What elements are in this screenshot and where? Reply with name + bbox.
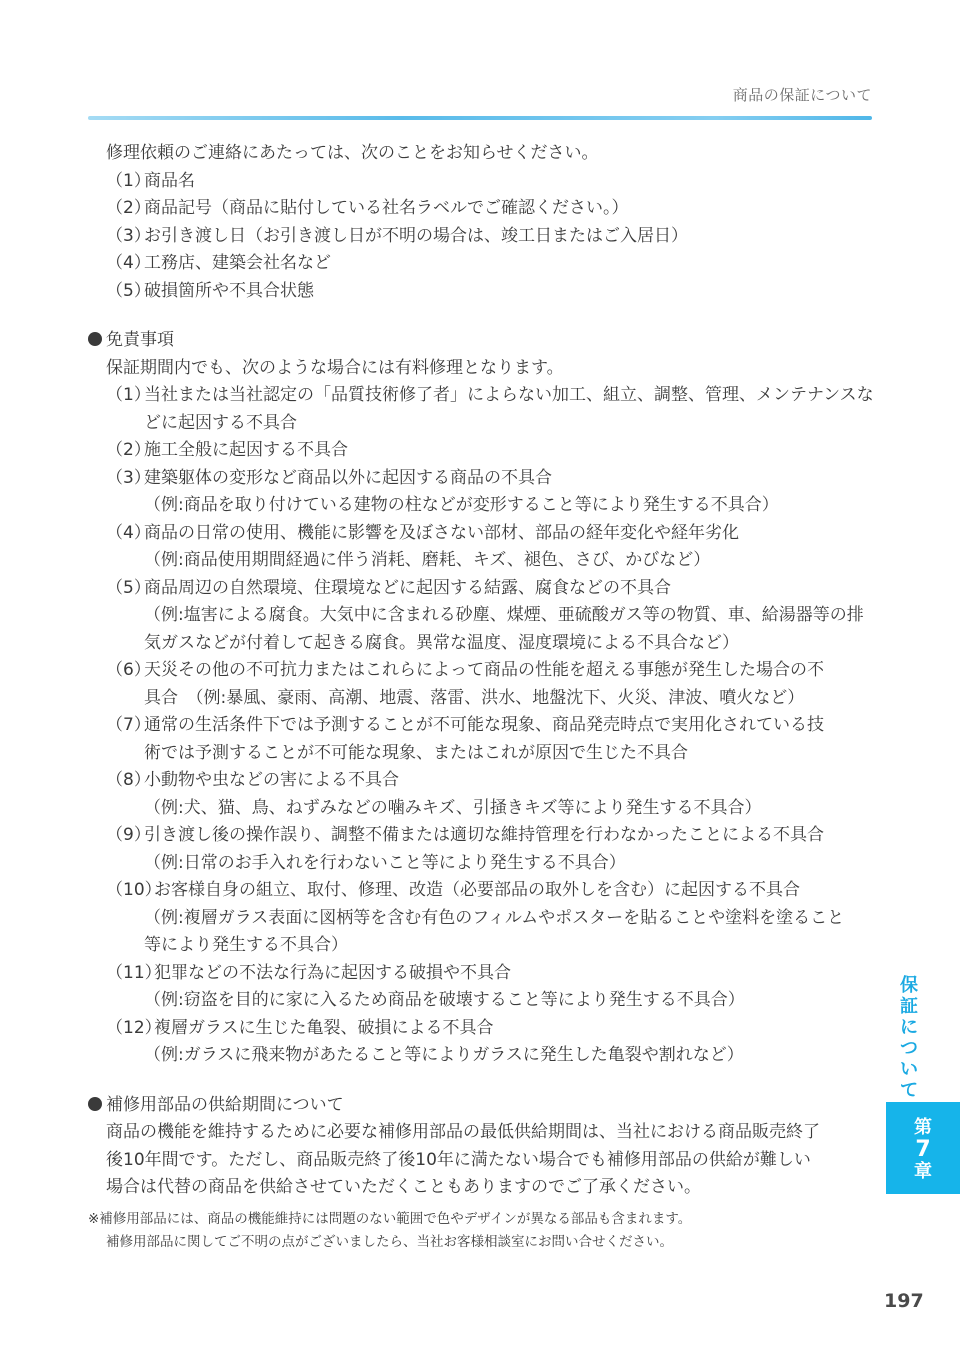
list-item: （3）お引き渡し日（お引き渡し日が不明の場合は、竣工日またはご入居日） <box>88 223 878 251</box>
page-content: 修理依頼のご連絡にあたっては、次のことをお知らせください。 （1）商品名 （2）… <box>88 140 878 1254</box>
paragraph-line: 商品の機能を維持するために必要な補修用部品の最低供給期間は、当社における商品販売… <box>88 1119 878 1147</box>
list-item: （4）工務店、建築会社名など <box>88 250 878 278</box>
repair-request-intro: 修理依頼のご連絡にあたっては、次のことをお知らせください。 <box>88 140 878 168</box>
bullet-icon <box>88 332 102 346</box>
paragraph-line: 場合は代替の商品を供給させていただくこともありますのでご了承ください。 <box>88 1174 878 1202</box>
list-item: （10）お客様自身の組立、取付、修理、改造（必要部品の取外しを含む）に起因する不… <box>88 877 878 960</box>
list-item: （5）破損箇所や不具合状態 <box>88 278 878 306</box>
parts-supply-section: 補修用部品の供給期間について 商品の機能を維持するために必要な補修用部品の最低供… <box>88 1092 878 1254</box>
list-item: （7）通常の生活条件下では予測することが不可能な現象、商品発売時点で実用化されて… <box>88 712 878 767</box>
list-item: （12）複層ガラスに生じた亀裂、破損による不具合 （例:ガラスに飛来物があたるこ… <box>88 1015 878 1070</box>
section-heading: 免責事項 <box>88 327 878 355</box>
list-item: （2）施工全般に起因する不具合 <box>88 437 878 465</box>
list-item: （8）小動物や虫などの害による不具合 （例:犬、猫、鳥、ねずみなどの噛みキズ、引… <box>88 767 878 822</box>
list-item: （9）引き渡し後の操作誤り、調整不備または適切な維持管理を行わなかったことによる… <box>88 822 878 877</box>
footnote: ※補修用部品には、商品の機能維持には問題のない範囲で色やデザインが異なる部品も含… <box>88 1208 878 1231</box>
list-item: （1）当社または当社認定の「品質技術修了者」によらない加工、組立、調整、管理、メ… <box>88 382 878 437</box>
list-item: （4）商品の日常の使用、機能に影響を及ぼさない部材、部品の経年変化や経年劣化 （… <box>88 520 878 575</box>
list-item: （2）商品記号（商品に貼付している社名ラベルでご確認ください。） <box>88 195 878 223</box>
list-item: （5）商品周辺の自然環境、住環境などに起因する結露、腐食などの不具合 （例:塩害… <box>88 575 878 658</box>
list-item: （11）犯罪などの不法な行為に起因する破損や不具合 （例:窃盗を目的に家に入るた… <box>88 960 878 1015</box>
list-item: （3）建築躯体の変形など商品以外に起因する商品の不具合 （例:商品を取り付けてい… <box>88 465 878 520</box>
footnote: 補修用部品に関してご不明の点がございましたら、当社お客様相談室にお問い合せくださ… <box>88 1231 878 1254</box>
running-header-title: 商品の保証について <box>733 84 872 105</box>
chapter-tab: 第 7 章 <box>886 1102 960 1194</box>
repair-request-section: 修理依頼のご連絡にあたっては、次のことをお知らせください。 （1）商品名 （2）… <box>88 140 878 305</box>
header-divider <box>88 116 872 120</box>
paragraph-line: 後10年間です。ただし、商品販売終了後10年に満たない場合でも補修用部品の供給が… <box>88 1147 878 1175</box>
disclaimer-section: 免責事項 保証期間内でも、次のような場合には有料修理となります。 （1）当社また… <box>88 327 878 1070</box>
bullet-icon <box>88 1097 102 1111</box>
list-item: （1）商品名 <box>88 168 878 196</box>
disclaimer-intro: 保証期間内でも、次のような場合には有料修理となります。 <box>88 355 878 383</box>
side-tab-label: 保 証 に つ い て <box>897 975 921 1101</box>
list-item: （6）天災その他の不可抗力またはこれらによって商品の性能を超える事態が発生した場… <box>88 657 878 712</box>
section-heading: 補修用部品の供給期間について <box>88 1092 878 1120</box>
page-number: 197 <box>884 1290 924 1312</box>
